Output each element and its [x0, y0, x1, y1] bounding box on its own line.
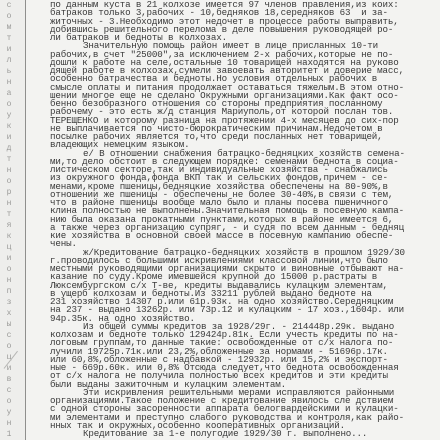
bleed-char: н: [2, 165, 16, 176]
paragraph: Значительную помощь район имеет в лице п…: [50, 42, 440, 149]
bleed-through-characters: сомтильнаоукидтнорнтякционпзхысоцивсоун1: [2, 0, 16, 440]
bleed-char: с: [2, 385, 16, 396]
bleed-char: и: [2, 132, 16, 143]
bleed-char: ы: [2, 319, 16, 330]
bleed-char: о: [2, 264, 16, 275]
bleed-char: о: [2, 396, 16, 407]
paragraph: Кредитование за 1-е полугодие 1929/30 г.…: [50, 430, 440, 438]
bleed-char: 1: [2, 429, 16, 440]
bleed-char: и: [2, 253, 16, 264]
document-page: сомтильнаоукидтнорнтякционпзхысоцивсоун1…: [0, 0, 440, 440]
bleed-char: т: [2, 209, 16, 220]
bleed-char: ь: [2, 66, 16, 77]
bleed-char: у: [2, 407, 16, 418]
bleed-char: м: [2, 22, 16, 33]
paragraph: по данным куста в 21 колхозе имеется 97 …: [50, 1, 440, 42]
bleed-char: н: [2, 418, 16, 429]
bleed-char: ц: [2, 242, 16, 253]
paragraph: е/ В отношении снабжения батрацко-бедняц…: [50, 150, 440, 249]
adjacent-page-margin: сомтильнаоукидтнорнтякционпзхысоцивсоун1: [0, 0, 26, 440]
bleed-char: о: [2, 11, 16, 22]
bleed-char: а: [2, 88, 16, 99]
bleed-char: н: [2, 198, 16, 209]
text-line: кие хозяйства в основной своей массе в п…: [50, 232, 440, 240]
bleed-char: р: [2, 187, 16, 198]
bleed-char: о: [2, 99, 16, 110]
bleed-char: т: [2, 154, 16, 165]
bleed-char: х: [2, 308, 16, 319]
page-fold-line: [25, 0, 26, 440]
paragraph: Из общей суммы кредитов за 1928/29г. - 2…: [50, 323, 440, 389]
typewritten-text: по данным куста в 21 колхозе имеется 97 …: [50, 1, 440, 438]
bleed-char: з: [2, 297, 16, 308]
bleed-char: т: [2, 33, 16, 44]
paragraph: Эти искривления решительными мерами испр…: [50, 389, 440, 430]
bleed-char: с: [2, 330, 16, 341]
bleed-char: н: [2, 275, 16, 286]
text-line: Кредитование за 1-е полугодие 1929/30 г.…: [50, 430, 440, 438]
bleed-char: у: [2, 110, 16, 121]
bleed-char: д: [2, 143, 16, 154]
bleed-char: о: [2, 341, 16, 352]
bleed-char: с: [2, 0, 16, 11]
bleed-char: и: [2, 44, 16, 55]
bleed-char: н: [2, 77, 16, 88]
bleed-char: о: [2, 176, 16, 187]
bleed-char: к: [2, 121, 16, 132]
bleed-char: к: [2, 231, 16, 242]
bleed-char: п: [2, 286, 16, 297]
bleed-char: я: [2, 220, 16, 231]
bleed-char: в: [2, 374, 16, 385]
paragraph: ж/Кредитование батрацко-бедняцких хозяйс…: [50, 249, 440, 323]
bleed-char: л: [2, 55, 16, 66]
